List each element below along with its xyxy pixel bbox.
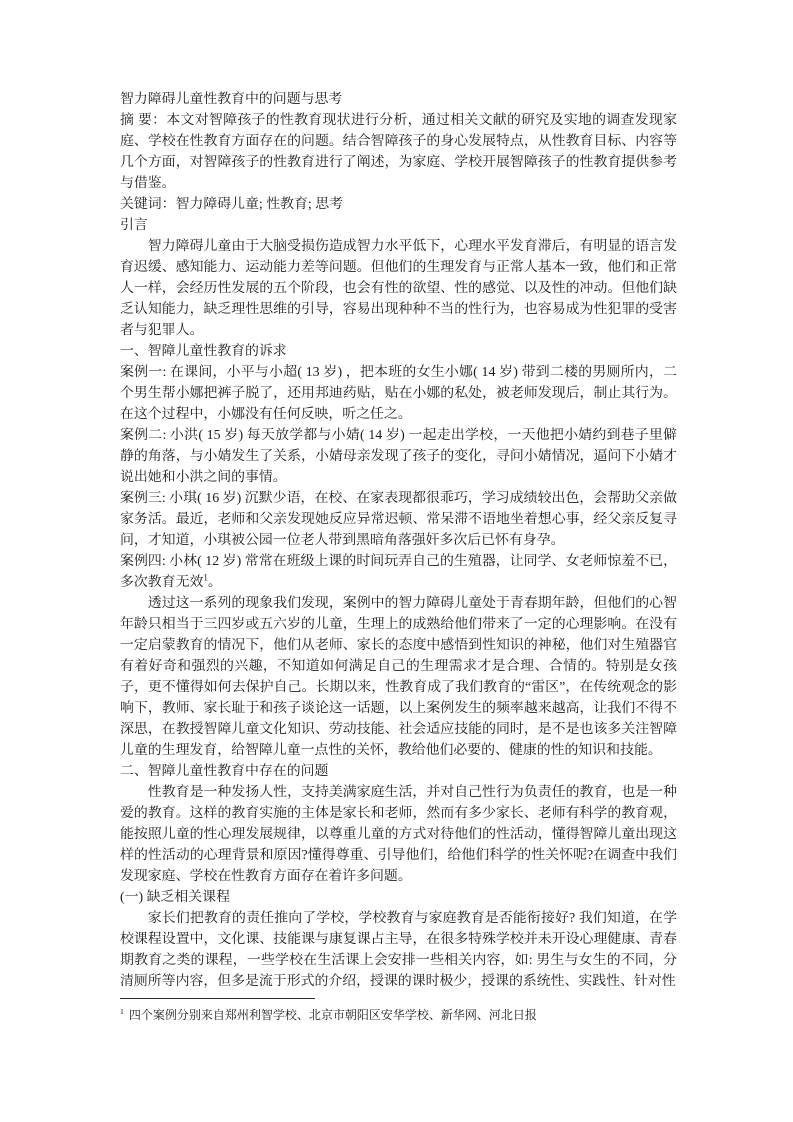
- case3-paragraph: 案例三: 小琪( 16 岁) 沉默少语，在校、在家表现都很乖巧，学习成绩较出色，…: [120, 488, 677, 551]
- discussion-paragraph: 透过这一系列的现象我们发现，案例中的智力障碍儿童处于青春期年龄，但他们的心智年龄…: [120, 593, 677, 761]
- footnote-area: 1四个案例分别来自郑州利智学校、北京市朝阳区安华学校、新华网、河北日报: [120, 998, 677, 1023]
- case1-paragraph: 案例一: 在课间，小平与小超( 13 岁) ，把本班的女生小娜( 14 岁) 带…: [120, 362, 677, 425]
- case4-paragraph: 案例四: 小林( 12 岁) 常常在班级上课的时间玩弄自己的生殖器，让同学、女老…: [120, 551, 677, 593]
- subsection1-heading: (一) 缺乏相关课程: [120, 887, 677, 908]
- footnote-1-marker: 1: [120, 1007, 124, 1016]
- keywords-line: 关键词：智力障碍儿童; 性教育; 思考: [120, 194, 677, 215]
- document-body: 智力障碍儿童性教育中的问题与思考 摘 要：本文对智障孩子的性教育现状进行分析，通…: [120, 89, 677, 992]
- section2-paragraph: 性教育是一种发扬人性，支持美满家庭生活，并对自己性行为负责任的教育，也是一种爱的…: [120, 782, 677, 887]
- section2-heading: 二、智障儿童性教育中存在的问题: [120, 761, 677, 782]
- abstract-paragraph: 摘 要：本文对智障孩子的性教育现状进行分析，通过相关文献的研究及实地的调查发现家…: [120, 110, 677, 194]
- footnote-1: 1四个案例分别来自郑州利智学校、北京市朝阳区安华学校、新华网、河北日报: [120, 1007, 677, 1023]
- doc-title: 智力障碍儿童性教育中的问题与思考: [120, 89, 677, 110]
- footnote-1-text: 四个案例分别来自郑州利智学校、北京市朝阳区安华学校、新华网、河北日报: [129, 1008, 537, 1022]
- intro-heading: 引言: [120, 215, 677, 236]
- footnote-separator-line: [120, 998, 315, 999]
- intro-paragraph: 智力障碍儿童由于大脑受损伤造成智力水平低下，心理水平发育滞后，有明显的语言发育迟…: [120, 236, 677, 341]
- case4-tail: 。: [208, 575, 222, 590]
- section1-heading: 一、智障儿童性教育的诉求: [120, 341, 677, 362]
- case2-paragraph: 案例二: 小洪( 15 岁) 每天放学都与小婧( 14 岁) 一起走出学校，一天…: [120, 425, 677, 488]
- document-page: 智力障碍儿童性教育中的问题与思考 摘 要：本文对智障孩子的性教育现状进行分析，通…: [0, 0, 793, 1122]
- subsection1-paragraph: 家长们把教育的责任推向了学校，学校教育与家庭教育是否能衔接好? 我们知道，在学校…: [120, 908, 677, 992]
